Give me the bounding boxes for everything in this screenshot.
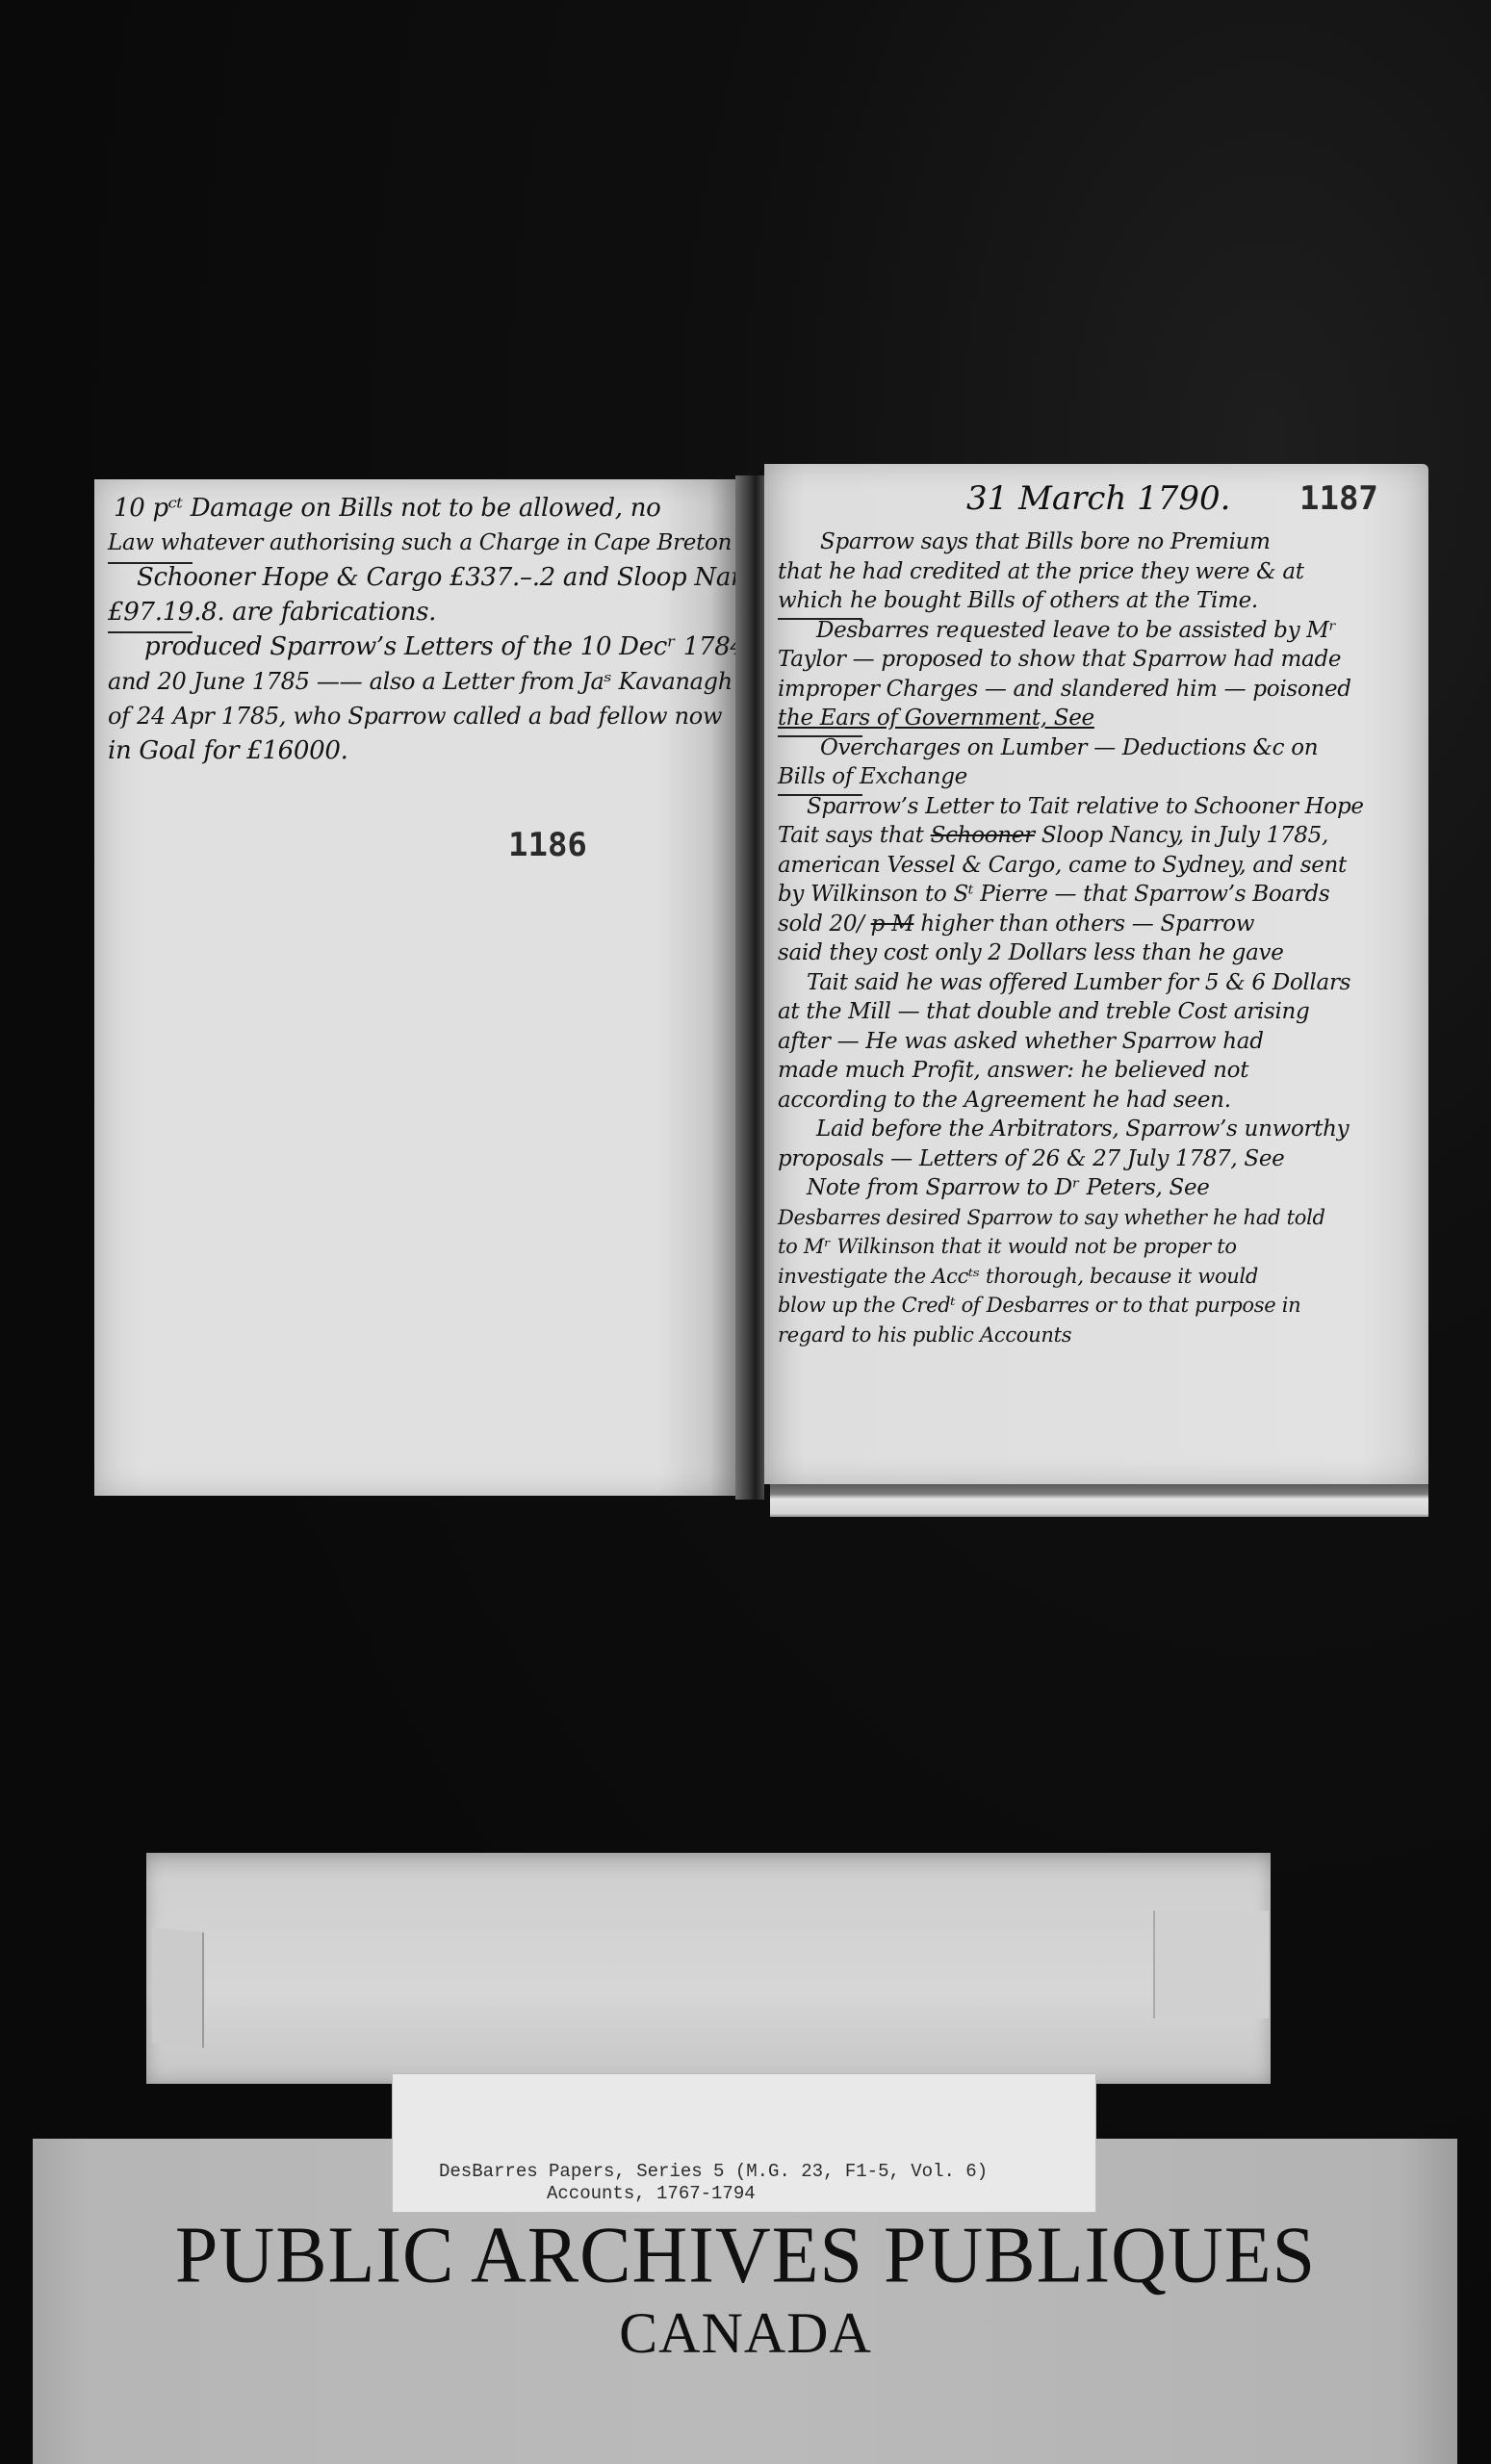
left-line-8: in Goal for £16000. [108, 733, 774, 768]
right-line-11: Tait says that Schooner Sloop Nancy, in … [778, 821, 1364, 851]
ledger-page-edges [770, 1484, 1428, 1517]
right-ledger-page: 31 March 1790. 1187 Sparrow says that Bi… [764, 464, 1428, 1484]
folio-number-right: 1187 [1299, 479, 1378, 518]
left-line-4: £97.19.8. are fabrications. [108, 595, 774, 629]
left-line-2: Law whatever authorising such a Charge i… [108, 526, 774, 560]
folio-number-left: 1186 [508, 826, 587, 864]
right-line-6: improper Charges — and slandered him — p… [778, 675, 1364, 705]
right-line-16: Tait said he was offered Lumber for 5 & … [778, 968, 1364, 998]
right-line-28: regard to his public Accounts [778, 1321, 1364, 1350]
text-fragment: Sloop Nancy, in July 1785, [1041, 823, 1328, 848]
right-line-10: Sparrow’s Letter to Tait relative to Sch… [778, 792, 1364, 822]
right-line-22: proposals — Letters of 26 & 27 July 1787… [778, 1144, 1364, 1174]
left-line-1: 10 pᶜᵗ Damage on Bills not to be allowed… [108, 491, 774, 526]
right-line-27: blow up the Credᵗ of Desbarres or to tha… [778, 1291, 1364, 1321]
book-gutter [735, 475, 764, 1500]
institution-title: PUBLIC ARCHIVES PUBLIQUES [0, 2210, 1491, 2302]
right-line-14: sold 20/ p M higher than others — Sparro… [778, 910, 1364, 939]
right-line-21: Laid before the Arbitrators, Sparrow’s u… [778, 1115, 1364, 1144]
right-line-3: which he bought Bills of others at the T… [778, 586, 1364, 616]
folded-envelope [146, 1853, 1271, 2084]
collection-subtitle: Accounts, 1767-1794 [547, 2183, 756, 2204]
left-ledger-page: 10 pᶜᵗ Damage on Bills not to be allowed… [94, 479, 735, 1496]
right-page-text: Sparrow says that Bills bore no Premium … [778, 527, 1364, 1349]
right-line-18: after — He was asked whether Sparrow had [778, 1027, 1364, 1057]
institution-country: CANADA [0, 2300, 1491, 2367]
right-line-23: Note from Sparrow to Dʳ Peters, See [778, 1173, 1364, 1203]
right-line-9: Bills of Exchange [778, 762, 1364, 792]
struck-word: Schooner [931, 823, 1035, 848]
right-line-25: to Mʳ Wilkinson that it would not be pro… [778, 1232, 1364, 1262]
right-line-1: Sparrow says that Bills bore no Premium [778, 527, 1364, 557]
right-line-5: Taylor — proposed to show that Sparrow h… [778, 645, 1364, 675]
text-fragment: sold 20/ [778, 911, 864, 937]
right-line-13: by Wilkinson to Sᵗ Pierre — that Sparrow… [778, 880, 1364, 910]
right-line-7: the Ears of Government, See [778, 704, 1364, 733]
left-line-7: of 24 Apr 1785, who Sparrow called a bad… [108, 699, 774, 733]
struck-word: p M [871, 911, 914, 937]
right-line-8: Overcharges on Lumber — Deductions &c on [778, 733, 1364, 763]
right-line-20: according to the Agreement he had seen. [778, 1086, 1364, 1116]
entry-date: 31 March 1790. [966, 479, 1231, 518]
right-line-26: investigate the Accᵗˢ thorough, because … [778, 1262, 1364, 1292]
text-fragment: higher than others — Sparrow [920, 911, 1254, 937]
envelope-flap-left [152, 1927, 204, 2048]
right-line-15: said they cost only 2 Dollars less than … [778, 938, 1364, 968]
left-page-text: 10 pᶜᵗ Damage on Bills not to be allowed… [108, 491, 774, 768]
text-fragment: Tait says that [778, 823, 924, 848]
collection-label-card: DesBarres Papers, Series 5 (M.G. 23, F1-… [393, 2074, 1095, 2212]
right-line-2: that he had credited at the price they w… [778, 557, 1364, 587]
left-line-3: Schooner Hope & Cargo £337.–.2 and Sloop… [108, 560, 774, 595]
envelope-flap-right [1153, 1911, 1269, 2018]
right-line-12: american Vessel & Cargo, came to Sydney,… [778, 851, 1364, 881]
left-line-6: and 20 June 1785 —— also a Letter from J… [108, 664, 774, 699]
right-line-19: made much Profit, answer: he believed no… [778, 1056, 1364, 1086]
right-line-24: Desbarres desired Sparrow to say whether… [778, 1203, 1364, 1233]
right-line-17: at the Mill — that double and treble Cos… [778, 997, 1364, 1027]
collection-title: DesBarres Papers, Series 5 (M.G. 23, F1-… [439, 2161, 988, 2182]
left-line-5: produced Sparrow’s Letters of the 10 Dec… [108, 629, 774, 664]
right-line-4: Desbarres requested leave to be assisted… [778, 616, 1364, 646]
